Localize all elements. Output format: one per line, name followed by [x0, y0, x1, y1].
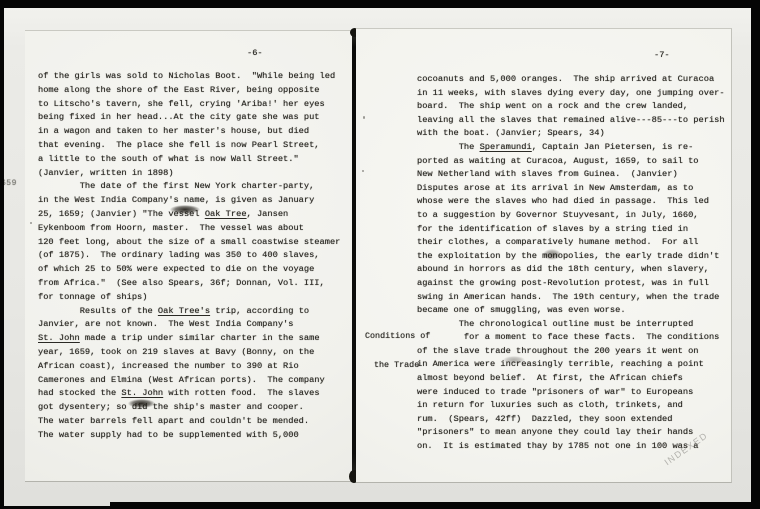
text-line: from Africa." (See also Spears, 36f; Don… — [38, 278, 340, 292]
text-line: The Speramundi, Captain Jan Pietersen, i… — [417, 142, 725, 156]
text-line: swing in American hands. The 19th centur… — [417, 292, 725, 306]
ink-smudge — [543, 249, 561, 260]
ink-smudge — [128, 399, 155, 408]
text-line: Disputes arose at its arrival in New Ams… — [417, 183, 725, 197]
film-frame-left — [0, 0, 4, 509]
page-7-number: -7- — [654, 50, 670, 60]
text-line: in return for luxuries such as cloth, tr… — [417, 400, 725, 414]
text-line: Janvier, are not known. The West India C… — [38, 319, 340, 333]
text-line: against the growing post-Revolution prot… — [417, 278, 725, 292]
text-line: for the identification of slaves by a st… — [417, 224, 725, 238]
text-line: to a suggestion by Governor Stuyvesant, … — [417, 210, 725, 224]
film-frame-right — [751, 0, 760, 509]
ink-smudge — [170, 205, 200, 214]
text-line: African coast), increased the number to … — [38, 361, 340, 375]
text-line: year, 1659, took on 219 slaves at Bavy (… — [38, 347, 340, 361]
text-line: board. The ship went on a rock and the c… — [417, 101, 725, 115]
text-line: rum. (Spears, 42ff) Dazzled, they soon e… — [417, 414, 725, 428]
film-speck — [363, 116, 365, 119]
text-line: in America were increasingly terrible, r… — [417, 359, 725, 373]
film-frame-bottom — [110, 502, 760, 509]
text-line: abound in horrors as did the 18th centur… — [417, 264, 725, 278]
text-line: had stocked the St. John with rotten foo… — [38, 388, 340, 402]
text-line: The chronological outline must be interr… — [417, 319, 725, 333]
text-line: that evening. The place she fell is now … — [38, 140, 340, 154]
text-line: (Janvier, written in 1898) — [38, 168, 340, 182]
text-line: of the girls was sold to Nicholas Boot. … — [38, 71, 340, 85]
text-line: "prisoners" to mean anyone they could la… — [417, 427, 725, 441]
text-line: Camerones and Elmina (West African ports… — [38, 375, 340, 389]
text-line: to Litscho's tavern, she fell, crying 'A… — [38, 99, 340, 113]
text-line: of the slave trade throughout the 200 ye… — [417, 346, 725, 360]
ink-smudge — [503, 356, 525, 364]
page-6-number: -6- — [247, 48, 263, 58]
text-line: New Netherland with slaves from Guinea. … — [417, 169, 725, 183]
text-line: The water barrels fell apart and couldn'… — [38, 416, 340, 430]
page-7-text: cocoanuts and 5,000 oranges. The ship ar… — [417, 74, 725, 455]
text-line: home along the shore of the East River, … — [38, 85, 340, 99]
text-line: The date of the first New York charter-p… — [38, 181, 340, 195]
text-line: almost beyond belief. At first, the Afri… — [417, 373, 725, 387]
page-6: -6- of the girls was sold to Nicholas Bo… — [25, 30, 353, 482]
text-line: leaving all the slaves that remained ali… — [417, 115, 725, 129]
text-line: St. John made a trip under similar chart… — [38, 333, 340, 347]
text-line: became one of smuggling, was even worse. — [417, 305, 725, 319]
text-line: Eykenboom from Hoorn, master. The vessel… — [38, 223, 340, 237]
text-line: (of 1875). The ordinary lading was 350 t… — [38, 250, 340, 264]
text-line: in 11 weeks, with slaves dying every day… — [417, 88, 725, 102]
text-line: with the boat. (Janvier; Spears, 34) — [417, 128, 725, 142]
text-line: of which 25 to 50% were expected to die … — [38, 264, 340, 278]
text-line: being fixed in her head...At the city ga… — [38, 112, 340, 126]
text-line: 120 feet long, about the size of a small… — [38, 237, 340, 251]
text-line: Results of the Oak Tree's trip, accordin… — [38, 306, 340, 320]
text-line: the exploitation by the monopolies, the … — [417, 251, 725, 265]
text-line: cocoanuts and 5,000 oranges. The ship ar… — [417, 74, 725, 88]
page-6-text: of the girls was sold to Nicholas Boot. … — [38, 71, 340, 444]
text-line: a little to the south of what is now Wal… — [38, 154, 340, 168]
film-speck — [362, 170, 364, 172]
text-line: were induced to trade "prisoners of war"… — [417, 387, 725, 401]
film-frame-top — [0, 0, 760, 8]
text-line: in a wagon and taken to her master's hou… — [38, 126, 340, 140]
text-line: whose were the slaves who had died in pa… — [417, 196, 725, 210]
text-line: The water supply had to be supplemented … — [38, 430, 340, 444]
text-line: ported as waiting at Curacoa, August, 16… — [417, 156, 725, 170]
film-speck — [30, 222, 32, 224]
text-line: for tonnage of ships) — [38, 292, 340, 306]
text-line: for a moment to face these facts. The co… — [417, 332, 725, 346]
text-line: their clothes, a comparatively humane me… — [417, 237, 725, 251]
text-line: got dysentery; so did the ship's master … — [38, 402, 340, 416]
